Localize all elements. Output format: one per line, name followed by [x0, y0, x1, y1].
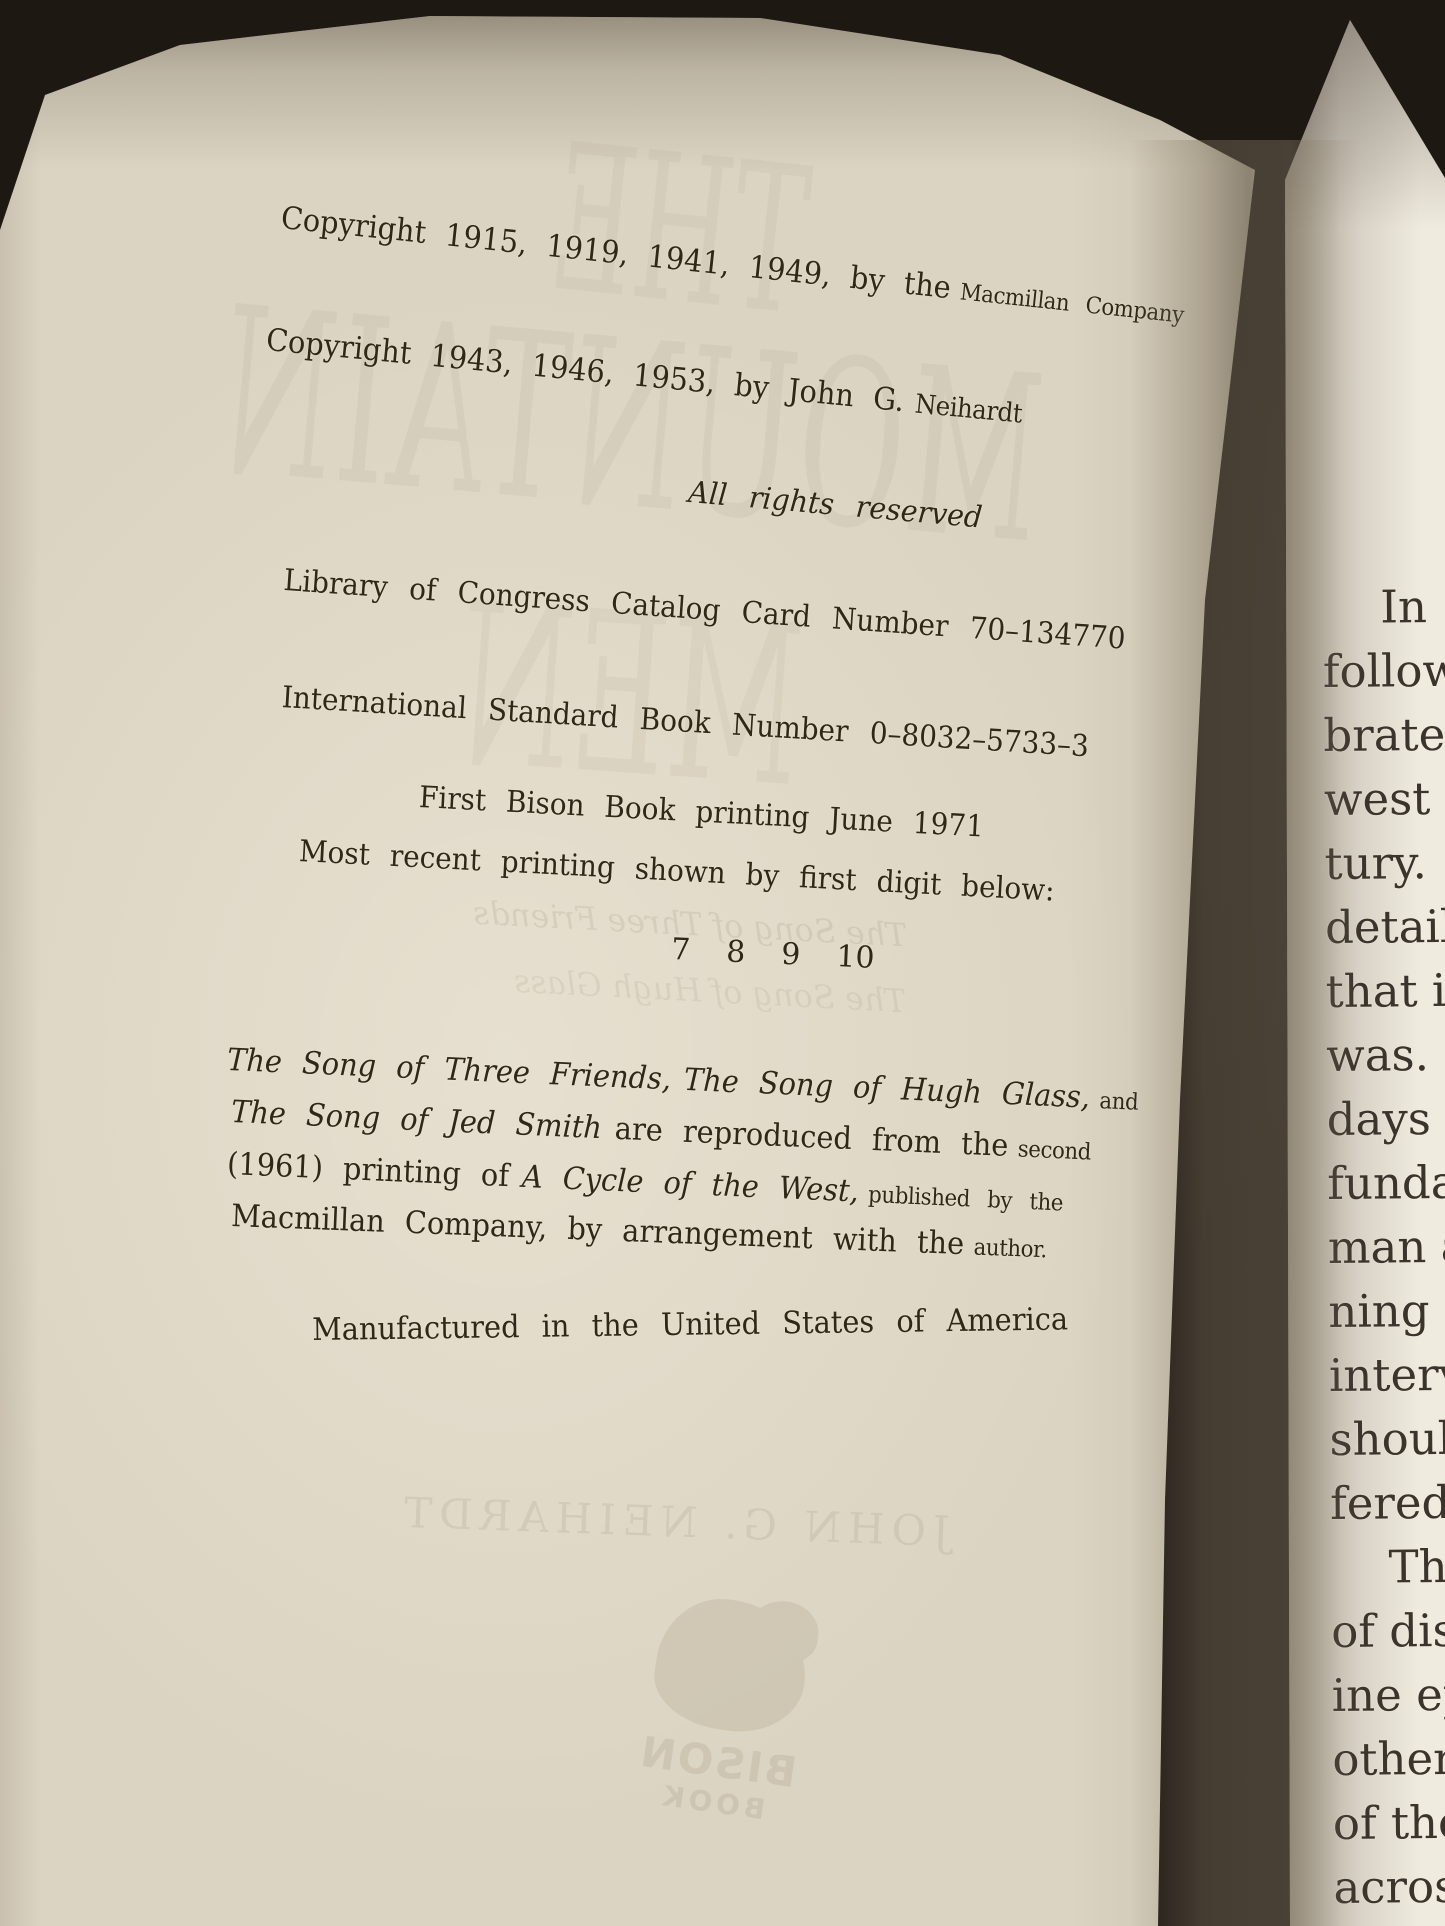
- song-title: The Song of Hugh Glass,: [683, 1062, 1091, 1116]
- printing-note-line: Most recent printing shown by first digi…: [298, 834, 1055, 909]
- facing-page-line: fered: [1330, 1471, 1445, 1536]
- first-printing-line: First Bison Book printing June 1971: [418, 780, 985, 845]
- copyright-line-1-text: Copyright 1915, 1919, 1941, 1949, by the: [279, 200, 952, 306]
- facing-page-line: interv: [1329, 1343, 1445, 1408]
- song-title: A Cycle of the West,: [521, 1159, 859, 1210]
- rights-reserved-line: All rights reserved: [687, 475, 984, 536]
- copyright-line-1-end: Macmillan Company: [959, 279, 1185, 328]
- facing-page-line: west: [1324, 767, 1445, 832]
- book-photo: THE MOUNTAIN MEN The Song of Three Frien…: [0, 0, 1445, 1926]
- lccn-line: Library of Congress Catalog Card Number …: [283, 563, 1127, 657]
- facing-page-line: should: [1329, 1407, 1445, 1472]
- facing-page-line: brate: [1323, 703, 1445, 768]
- facing-page-line: funda: [1327, 1151, 1445, 1216]
- printing-digits: 78910: [670, 932, 875, 976]
- bison-logo-text: BOOK: [611, 1772, 814, 1833]
- note-text: published by the: [868, 1182, 1064, 1216]
- copyright-line-2-text: Copyright 1943, 1946, 1953, by John G.: [265, 322, 906, 419]
- facing-page-line: The: [1330, 1535, 1445, 1600]
- facing-page-line: follow: [1323, 639, 1445, 704]
- printing-digit: 7: [670, 932, 691, 968]
- printing-digit: 10: [836, 939, 876, 976]
- bison-logo-shape: [648, 1591, 815, 1741]
- copyright-line-2: Copyright 1943, 1946, 1953, by John G.Ne…: [265, 322, 1024, 431]
- bison-logo-text: BISON: [615, 1724, 820, 1800]
- facing-page-line: days: [1326, 1087, 1445, 1152]
- song-title: The Song of Jed Smith: [230, 1094, 602, 1146]
- show-through-title-mountain: MOUNTAIN: [206, 257, 1053, 595]
- copyright-line-1: Copyright 1915, 1919, 1941, 1949, by the…: [279, 200, 1186, 331]
- copyright-line-2-end: Neihardt: [914, 389, 1024, 429]
- facing-page-line: was. I: [1326, 1023, 1445, 1088]
- printing-digit: 8: [726, 934, 747, 970]
- copyright-page: THE MOUNTAIN MEN The Song of Three Frien…: [0, 0, 1445, 1926]
- show-through-bison-logo: BISON BOOK: [611, 1587, 840, 1833]
- facing-page-line: tury.: [1324, 831, 1445, 896]
- facing-page-line: ine epi: [1331, 1663, 1445, 1728]
- facing-page-text-column: In follow brate west tury. detail that i…: [1322, 575, 1445, 1920]
- manufactured-line: Manufactured in the United States of Ame…: [312, 1301, 1068, 1348]
- facing-page-line: ning t: [1328, 1279, 1445, 1344]
- facing-page-line: that i: [1325, 959, 1445, 1024]
- facing-page-line: In: [1322, 575, 1445, 640]
- facing-page-line: man a: [1328, 1215, 1445, 1280]
- facing-page-line: of the: [1333, 1791, 1445, 1856]
- facing-page-line: of disc: [1331, 1599, 1445, 1664]
- note-text: author.: [973, 1235, 1047, 1264]
- facing-page-line: detail: [1325, 895, 1445, 960]
- printing-digit: 9: [781, 937, 802, 973]
- bison-logo-shape: [745, 1597, 823, 1666]
- note-text: second: [1017, 1136, 1091, 1165]
- show-through-author: JOHN G. NEIHARDT: [429, 1489, 950, 1556]
- note-text: and: [1099, 1088, 1139, 1116]
- facing-page-line: across: [1333, 1855, 1445, 1920]
- note-text: (1961) printing of: [226, 1146, 509, 1194]
- note-text: are reproduced from the: [614, 1111, 1009, 1164]
- facing-page-line: other g: [1332, 1727, 1445, 1792]
- song-title: The Song of Three Friends,: [226, 1042, 671, 1097]
- isbn-line: International Standard Book Number 0–803…: [281, 680, 1090, 764]
